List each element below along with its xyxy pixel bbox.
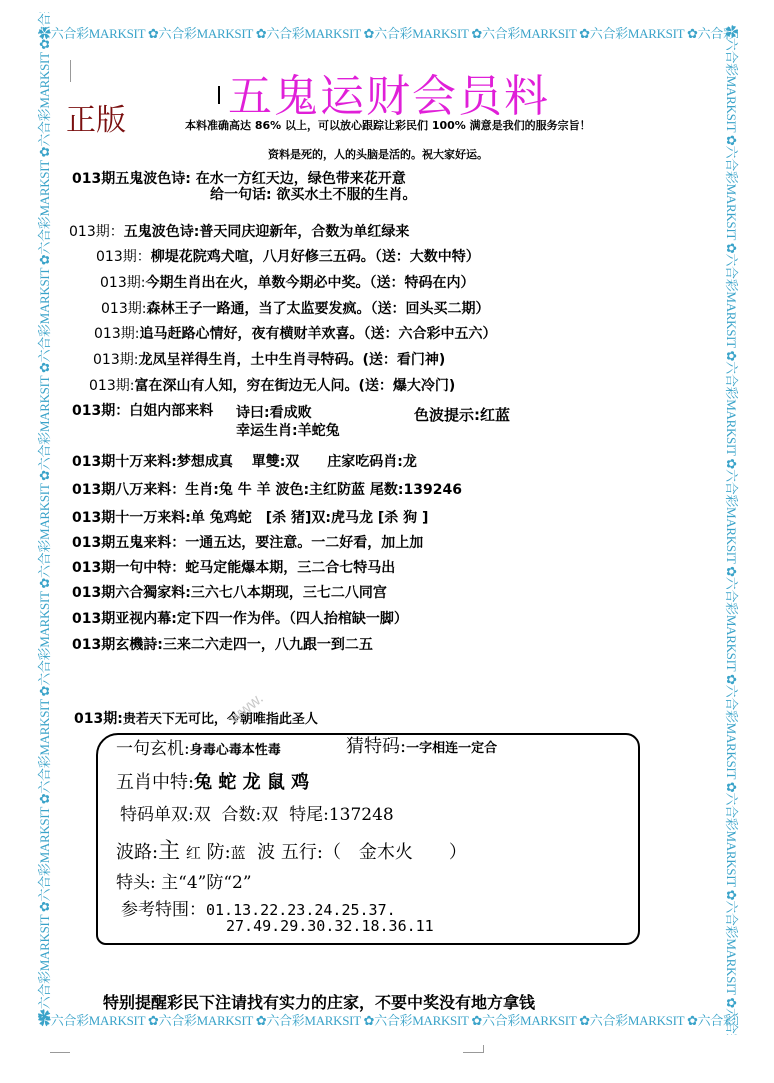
list-item: 013期一句中特：蛇马定能爆本期，三二合七特马出 <box>72 557 395 577</box>
item-text: 三六七八本期现，三七二八同宫 <box>191 585 387 601</box>
wave-main-label: 主 <box>158 839 180 864</box>
text-cursor <box>218 86 220 104</box>
ref-label: 参考特围： <box>121 900 206 920</box>
ref-line-2: 27.49.29.30.32.18.36.11 <box>226 917 434 935</box>
issue-prefix: 013期: <box>89 378 134 394</box>
list-item: 013期十一万来料:单 兔鸡蛇 [杀 猪]双:虎马龙 [杀 狗 ] <box>72 507 428 527</box>
item-text: 普天同庆迎新年，合数为单红绿来 <box>199 224 409 240</box>
item-text: 一通五达，要注意。一二好看，加上加 <box>185 535 423 551</box>
border-top: ✿六合彩MARKSIT ✿六合彩MARKSIT ✿六合彩MARKSIT ✿六合彩… <box>38 25 738 43</box>
border-left: ✿六合彩MARKSIT ✿六合彩MARKSIT ✿六合彩MARKSIT ✿六合彩… <box>36 12 54 1022</box>
border-right: ✿六合彩MARKSIT ✿六合彩MARKSIT ✿六合彩MARKSIT ✿六合彩… <box>722 25 740 1035</box>
sum-label: 合数: <box>222 805 262 825</box>
list-item: 013期：五鬼波色诗:普天同庆迎新年，合数为单红绿来 <box>69 221 409 241</box>
wave-main-value: 红 <box>186 844 201 862</box>
head-value: 主“4”防“2” <box>161 873 251 893</box>
item-text: 森林王子一路通，当了太监要发疯。（送：回头买二期） <box>146 301 489 317</box>
lucky-value: 羊蛇兔 <box>298 423 340 439</box>
tail-label: 特尾: <box>289 805 329 825</box>
border-bottom: ✿六合彩MARKSIT ✿六合彩MARKSIT ✿六合彩MARKSIT ✿六合彩… <box>38 1012 738 1030</box>
item-text: 柳堤花院鸡犬喧，八月好修三五码。（送：大数中特） <box>151 249 480 265</box>
guess-value: 一字相连一定合 <box>406 741 497 756</box>
element-label: 五行: <box>281 842 323 863</box>
list-item: 013期十万来料:梦想成真 單雙:双 庄家吃码肖:龙 <box>72 451 417 471</box>
list-item: 013期:今期生肖出在火，单数今期必中奖。（送：特码在内） <box>100 272 474 292</box>
item-text: 三来二六走四一，八九跟一到二五 <box>163 637 373 653</box>
odd-even-value: 双 <box>194 805 211 825</box>
issue-prefix: 013期: <box>94 326 139 342</box>
list-item: 013期:森林王子一路通，当了太监要发疯。（送：回头买二期） <box>101 298 489 318</box>
poem-label: 诗曰: <box>236 405 270 421</box>
item-text: 单 兔鸡蛇 [杀 猪]双:虎马龙 [杀 狗 ] <box>191 510 429 526</box>
lucky-zodiac: 幸运生肖:羊蛇兔 <box>236 420 340 440</box>
color-hint-value: 红蓝 <box>480 406 510 424</box>
wave-row: 波路:主 红 防:蓝 波 五行:（ 金木火 ） <box>116 834 467 865</box>
item-label: 013期十万来料: <box>72 454 177 470</box>
item-text: 蛇马定能爆本期，三二合七特马出 <box>185 560 395 576</box>
poem-sub-label: 给一句话: <box>210 187 272 203</box>
list-item: 013期玄機詩:三来二六走四一，八九跟一到二五 <box>72 634 373 654</box>
closing-line: 013期:贵若天下无可比，今朝唯指此圣人 <box>74 708 318 728</box>
crop-mark <box>50 1052 70 1053</box>
issue-prefix: 013期： <box>96 249 151 265</box>
issue-prefix: 013期: <box>101 301 146 317</box>
item-label: 013期一句中特： <box>72 560 185 576</box>
list-item: 013期亚视内幕:定下四一作为伴。（四人抬棺缺一脚） <box>72 608 408 628</box>
color-hint: 色波提示:红蓝 <box>414 404 510 425</box>
poem-sub-text: 欲买水土不服的生肖。 <box>276 187 416 203</box>
issue-prefix: 013期: <box>93 352 138 368</box>
wave-suffix: 波 <box>257 842 275 863</box>
item-label: 013期五鬼来料： <box>72 535 185 551</box>
list-item: 013期：柳堤花院鸡犬喧，八月好修三五码。（送：大数中特） <box>96 246 480 266</box>
head-label: 特头: <box>116 873 156 893</box>
wave-guard-label: 防: <box>207 842 231 863</box>
item-label: 013期亚视内幕: <box>72 611 177 627</box>
five-label: 五肖中特: <box>116 772 194 793</box>
issue-prefix: 013期: <box>100 275 145 291</box>
lucky-label: 幸运生肖: <box>236 423 298 439</box>
list-item: 013期八万来料：生肖:兔 牛 羊 波色:主红防蓝 尾数:139246 <box>72 479 462 499</box>
insider-poem: 诗曰:看成败 <box>236 402 312 422</box>
item-text: 定下四一作为伴。（四人抬棺缺一脚） <box>177 611 408 627</box>
poem-label: 013期五鬼波色诗: <box>72 171 191 187</box>
poem-subline: 给一句话: 欲买水土不服的生肖。 <box>210 184 416 204</box>
closing-text: 贵若天下无可比，今朝唯指此圣人 <box>123 712 318 727</box>
poem-value: 看成败 <box>270 405 312 421</box>
item-text: 生肖:兔 牛 羊 波色:主红防蓝 尾数:139246 <box>185 482 462 498</box>
sum-value: 双 <box>261 805 278 825</box>
wave-label: 波路: <box>116 842 158 863</box>
head-row: 特头: 主“4”防“2” <box>116 868 252 893</box>
list-item: 013期六合獨家料:三六七八本期现，三七二八同宫 <box>72 582 387 602</box>
footer-reminder: 特别提醒彩民下注请找有实力的庄家，不要中奖没有地方拿钱 <box>103 990 535 1013</box>
item-text: 追马赶路心情好，夜有横财羊欢喜。（送：六合彩中五六） <box>139 326 496 342</box>
list-item: 013期五鬼来料：一通五达，要注意。一二好看，加上加 <box>72 532 423 552</box>
list-item: 013期:富在深山有人知，穷在街边无人问。(送：爆大冷门) <box>89 375 455 395</box>
slogan-line-2: 资料是死的，人的头脑是活的。祝大家好运。 <box>268 146 488 162</box>
five-zodiac: 五肖中特:兔 蛇 龙 鼠 鸡 <box>116 768 309 794</box>
crop-mark <box>70 60 71 82</box>
item-label: 013期六合獨家料: <box>72 585 191 601</box>
guess-code: 猜特码:一字相连一定合 <box>346 732 497 758</box>
item-text: 梦想成真 單雙:双 庄家吃码肖:龙 <box>177 454 417 470</box>
wave-guard-value: 蓝 <box>231 844 246 862</box>
riddle-value: 身毒心毒本性毒 <box>190 743 281 758</box>
item-label: 013期玄機詩: <box>72 637 163 653</box>
item-label: 013期十一万来料: <box>72 510 191 526</box>
list-item: 013期:追马赶路心情好，夜有横财羊欢喜。（送：六合彩中五六） <box>94 323 496 343</box>
authentic-badge: 正版 <box>66 95 126 139</box>
tail-value: 137248 <box>329 805 394 825</box>
insider-label: 013期：白姐内部来料 <box>72 400 213 420</box>
element-value: （ 金木火 ） <box>323 842 467 863</box>
crop-mark <box>463 1052 483 1053</box>
odd-even-label: 特码单双: <box>120 805 194 825</box>
odd-even-row: 特码单双:双 合数:双 特尾:137248 <box>120 800 394 825</box>
guess-label: 猜特码: <box>346 736 406 757</box>
five-value: 兔 蛇 龙 鼠 鸡 <box>194 772 309 793</box>
item-text: 富在深山有人知，穷在街边无人问。(送：爆大冷门) <box>134 378 455 394</box>
closing-label: 013期: <box>74 711 123 727</box>
item-label: 五鬼波色诗: <box>124 224 200 240</box>
riddle-label: 一句玄机: <box>116 739 190 759</box>
riddle: 一句玄机:身毒心毒本性毒 <box>116 734 281 759</box>
color-hint-label: 色波提示: <box>414 406 480 424</box>
item-text: 今期生肖出在火，单数今期必中奖。（送：特码在内） <box>145 275 474 291</box>
item-label: 013期八万来料： <box>72 482 185 498</box>
page-title: 五鬼运财会员料 <box>228 60 550 124</box>
issue-prefix: 013期： <box>69 224 124 240</box>
list-item: 013期:龙凤呈祥得生肖，土中生肖寻特码。(送：看门神) <box>93 349 445 369</box>
crop-mark <box>483 1045 484 1053</box>
item-text: 龙凤呈祥得生肖，土中生肖寻特码。(送：看门神) <box>138 352 445 368</box>
slogan-line-1: 本料准确高达 86% 以上，可以放心跟踪让彩民们 100% 满意是我们的服务宗旨… <box>185 117 591 133</box>
